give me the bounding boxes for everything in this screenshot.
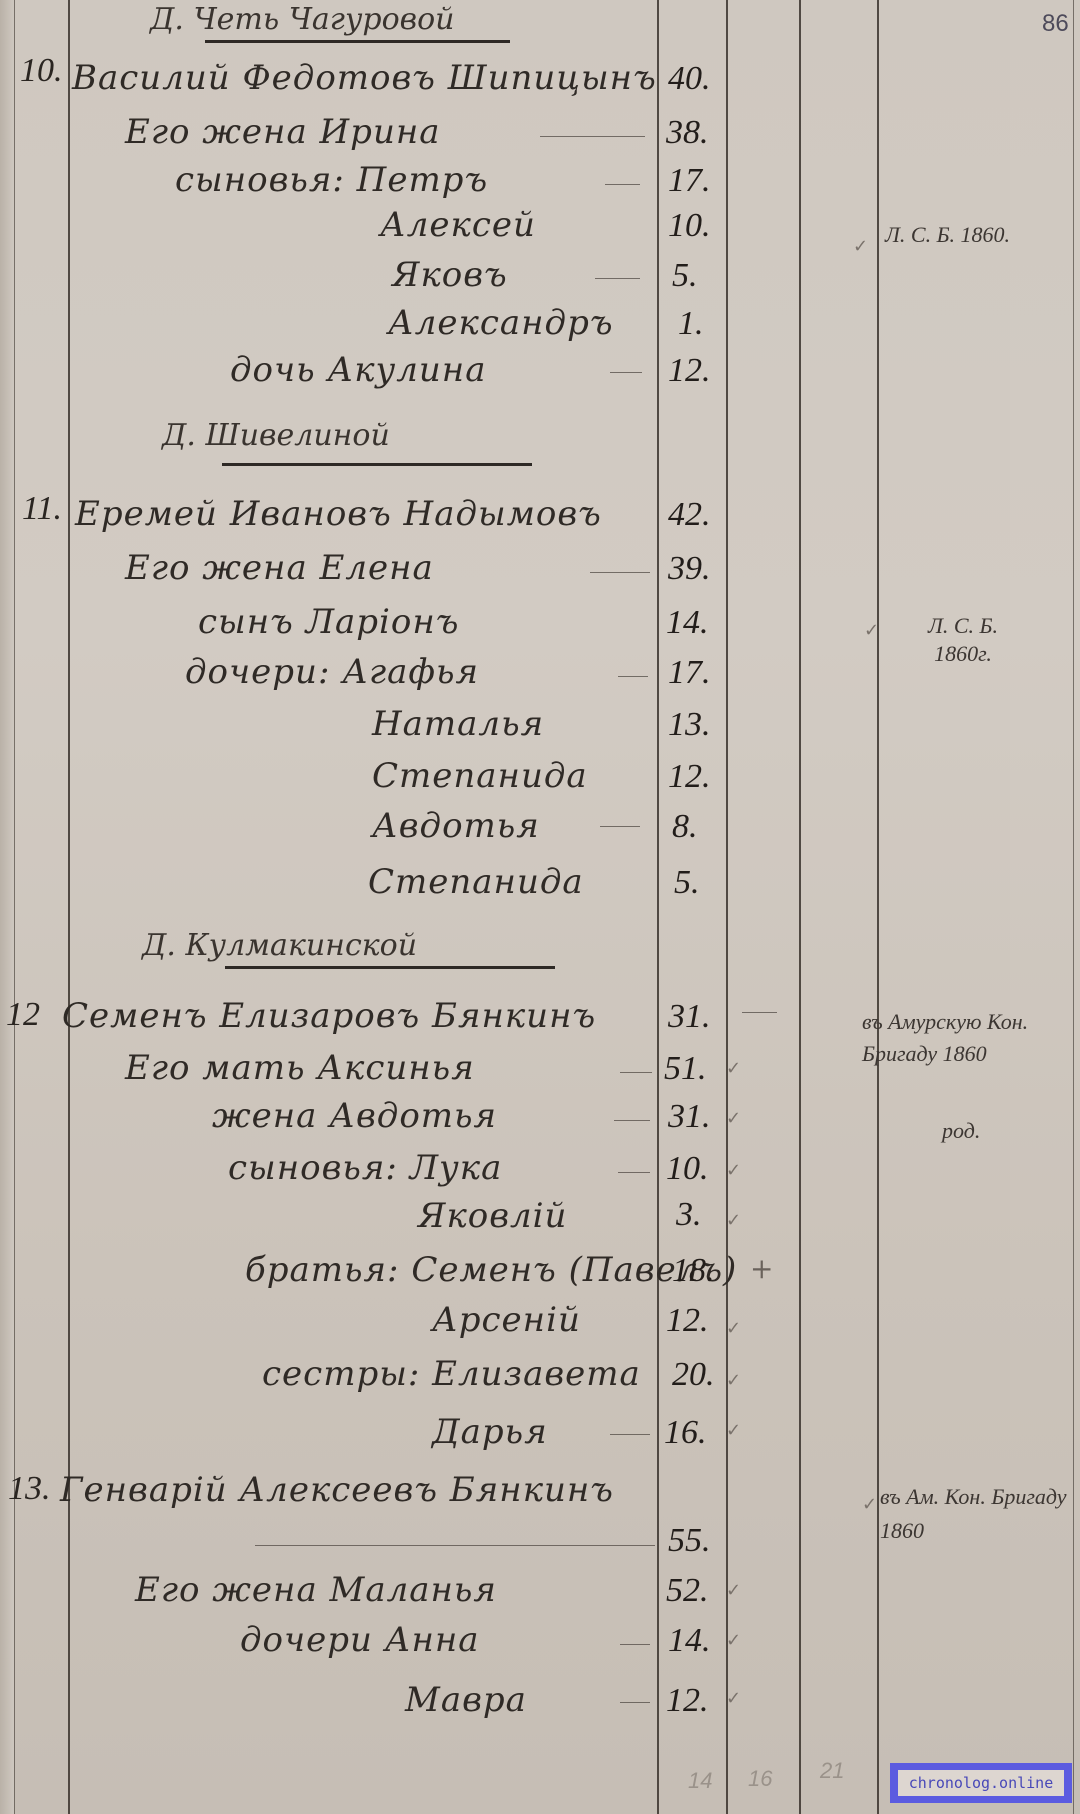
leader-dash <box>618 676 648 677</box>
member-age: 17. <box>668 162 711 200</box>
pencil-mark: 21 <box>820 1758 844 1784</box>
family-number: 11. <box>22 490 62 528</box>
number-column-rule <box>68 0 70 1814</box>
member-age: 12. <box>668 352 711 390</box>
family-number: 12 <box>6 996 40 1034</box>
member-name: Наталья <box>372 704 544 744</box>
check-mark-icon: ✓ <box>726 1318 741 1339</box>
member-name: Его жена Елена <box>125 548 434 588</box>
member-name: сестры: Елизавета <box>262 1354 641 1394</box>
member-name: братья: Семенъ (Павелъ) <box>245 1250 737 1290</box>
leader-dash <box>605 184 640 185</box>
member-age: 42. <box>668 496 711 534</box>
leader-dash <box>595 278 640 279</box>
member-name: Его жена Ирина <box>125 112 441 152</box>
member-age: 20. <box>672 1356 715 1394</box>
leader-dash <box>540 136 645 137</box>
member-name: жена Авдотья <box>212 1096 497 1136</box>
leader-dash <box>610 1434 650 1435</box>
check-mark-icon: ✓ <box>726 1580 741 1601</box>
member-name: Александръ <box>388 303 614 343</box>
check-mark-icon: ✓ <box>726 1630 741 1651</box>
check-mark-icon: ✓ <box>726 1210 741 1231</box>
member-name: Его жена Маланья <box>135 1570 497 1610</box>
leader-dash <box>614 1120 650 1121</box>
pencil-mark: 16 <box>748 1766 772 1792</box>
member-age: 14. <box>668 1622 711 1660</box>
member-name: Дарья <box>432 1412 548 1452</box>
watermark-badge[interactable]: chronolog.online <box>890 1763 1072 1803</box>
member-age: 8. <box>672 808 698 846</box>
member-age: 3. <box>676 1196 702 1234</box>
notes-column-rule <box>877 0 879 1814</box>
member-name: Арсеній <box>432 1300 581 1340</box>
member-age: 52. <box>666 1572 709 1610</box>
leader-dash <box>590 572 650 573</box>
member-age: 12. <box>668 758 711 796</box>
member-name: Мавра <box>405 1680 527 1720</box>
pencil-mark: 14 <box>688 1768 712 1794</box>
check-mark-icon: ✓ <box>726 1108 741 1129</box>
transfer-dash <box>742 1012 777 1013</box>
leader-dash <box>620 1702 650 1703</box>
cross-mark-icon: + <box>750 1252 773 1285</box>
check-mark-icon: ✓ <box>853 236 868 257</box>
leader-dash <box>255 1545 655 1546</box>
member-age: 13. <box>668 706 711 744</box>
leader-dash <box>600 826 640 827</box>
member-name: Алексей <box>380 205 536 245</box>
member-age: 5. <box>674 864 700 902</box>
family-note: въ Амурскую Кон. Бригаду 1860 <box>862 1006 1077 1070</box>
member-name: дочери Анна <box>240 1620 480 1660</box>
village-heading: Д. Шивелиной <box>162 418 390 453</box>
watermark-text: chronolog.online <box>898 1770 1064 1796</box>
member-age: 55. <box>668 1522 711 1560</box>
member-age: 12. <box>666 1302 709 1340</box>
member-age: 14. <box>666 604 709 642</box>
page-number: 86 <box>1042 10 1069 38</box>
member-name: Его мать Аксинья <box>125 1048 475 1088</box>
left-edge-rule <box>14 0 15 1814</box>
member-name: Генварій Алексеевъ Бянкинъ <box>60 1470 614 1510</box>
leader-dash <box>610 372 642 373</box>
member-age: 5. <box>672 257 698 295</box>
family-number: 13. <box>8 1470 51 1508</box>
heading-underline <box>205 40 510 43</box>
member-age: 1. <box>678 305 704 343</box>
page-edge <box>0 0 14 1814</box>
member-age: 39. <box>668 550 711 588</box>
member-age: 16. <box>664 1414 707 1452</box>
check-mark-icon: ✓ <box>726 1058 741 1079</box>
check-mark-icon: ✓ <box>864 620 879 641</box>
member-name: Степанида <box>372 756 588 796</box>
member-name: сынъ Ларіонъ <box>198 602 459 642</box>
family-number: 10. <box>20 52 63 90</box>
column-rule-3 <box>799 0 801 1814</box>
member-age: 31. <box>668 1098 711 1136</box>
member-name: дочери: Агафья <box>185 652 479 692</box>
heading-underline <box>222 463 532 466</box>
member-name: Яковъ <box>392 255 508 295</box>
member-age: 38. <box>666 114 709 152</box>
leader-dash <box>618 1172 650 1173</box>
member-name: Василий Федотовъ Шипицынъ <box>72 58 657 98</box>
member-age: 40. <box>668 60 711 98</box>
family-note: Л. С. Б. 1860. <box>885 222 1010 248</box>
check-mark-icon: ✓ <box>726 1420 741 1441</box>
check-mark-icon: ✓ <box>726 1370 741 1391</box>
member-age: 10. <box>666 1150 709 1188</box>
member-name: Яковлій <box>418 1196 567 1236</box>
member-name: сыновья: Петръ <box>175 160 488 200</box>
heading-underline <box>225 966 555 969</box>
member-age: 12. <box>666 1682 709 1720</box>
member-name: Еремей Ивановъ Надымовъ <box>75 494 602 534</box>
member-age: 17. <box>668 654 711 692</box>
age-column-rule <box>726 0 728 1814</box>
member-age: 10. <box>668 207 711 245</box>
member-name: Авдотья <box>372 806 540 846</box>
family-note: въ Ам. Кон. Бригаду 1860 <box>880 1480 1075 1548</box>
member-age: 31. <box>668 998 711 1036</box>
name-column-rule <box>657 0 659 1814</box>
village-heading: Д. Четь Чагуровой <box>150 2 454 37</box>
check-mark-icon: ✓ <box>726 1688 741 1709</box>
member-name: Степанида <box>368 862 584 902</box>
check-mark-icon: ✓ <box>862 1494 877 1515</box>
village-heading: Д. Кулмакинской <box>142 928 417 963</box>
leader-dash <box>620 1644 650 1645</box>
check-mark-icon: ✓ <box>726 1160 741 1181</box>
member-age: 51. <box>664 1050 707 1088</box>
member-age: 18. <box>672 1252 715 1290</box>
leader-dash <box>620 1072 652 1073</box>
member-name: Семенъ Елизаровъ Бянкинъ <box>62 996 596 1036</box>
member-name: сыновья: Лука <box>228 1148 502 1188</box>
family-note: Л. С. Б. 1860г. <box>898 612 1028 668</box>
family-note-secondary: род. <box>942 1118 980 1144</box>
member-name: дочь Акулина <box>230 350 486 390</box>
